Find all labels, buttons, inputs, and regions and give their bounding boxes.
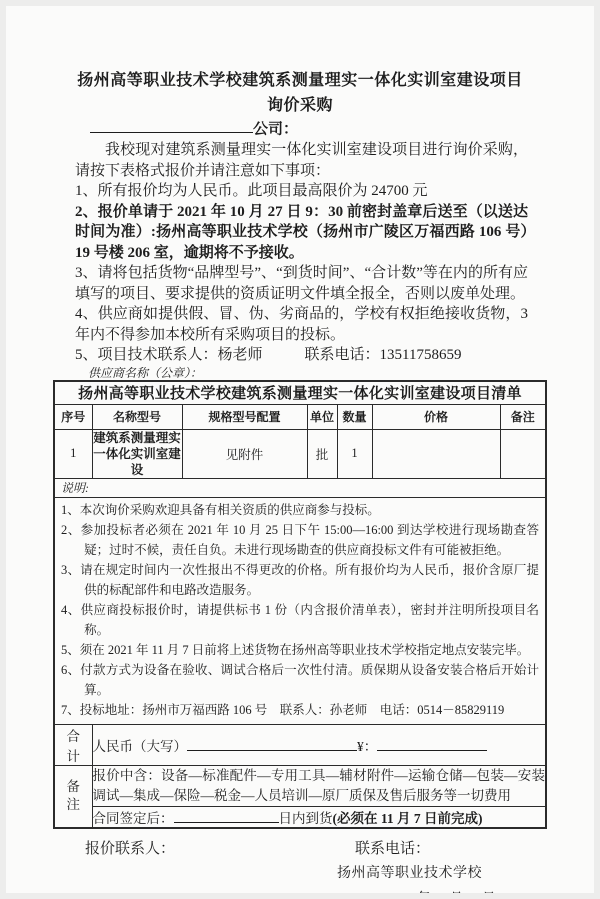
- issuer-org: 扬州高等职业技术学校: [337, 862, 594, 882]
- term-item-5: 5、项目技术联系人：杨老师联系电话：13511758659: [75, 345, 528, 366]
- col-header-spec: 规格型号配置: [182, 404, 307, 429]
- quote-contact-label: 报价联系人：: [85, 837, 175, 858]
- tech-phone: 联系电话：13511758659: [305, 347, 462, 363]
- doc-title: 扬州高等职业技术学校建筑系测量理实一体化实训室建设项目 询价采购: [6, 6, 594, 118]
- notes-cell: 1、本次询价采购欢迎具备有相关资质的供应商参与投标。 2、参加投标者必须在 20…: [54, 497, 546, 724]
- company-blank-line: [90, 118, 253, 133]
- table-header-row: 序号 名称型号 规格型号配置 单位 数量 价格 备注: [54, 404, 546, 429]
- explanation-label-row: 说明:: [54, 478, 546, 497]
- col-header-name: 名称型号: [92, 404, 182, 429]
- col-header-note: 备注: [500, 404, 546, 429]
- col-header-qty: 数量: [337, 404, 372, 429]
- company-line: 公司：: [75, 118, 528, 139]
- remark-included-costs: 报价中含：设备—标准配件—专用工具—辅材附件—运输仓储—包装—安装调试—集成—保…: [92, 765, 546, 806]
- total-label: 合 计: [54, 724, 92, 765]
- table-title-row: 扬州高等职业技术学校建筑系测量理实一体化实训室建设项目清单: [54, 381, 546, 405]
- cell-note: [500, 429, 546, 478]
- delivery-label: 日内到货: [279, 811, 333, 826]
- explanation-label: 说明:: [54, 478, 546, 497]
- remark-label: 备 注: [54, 765, 92, 828]
- cell-seq: 1: [54, 429, 92, 478]
- yuan-symbol-label: ¥：: [357, 739, 377, 754]
- note-item-7: 7、投标地址：扬州市万福西路 106 号 联系人：孙老师 电话：0514－858…: [61, 700, 539, 720]
- phone-label: 联系电话：: [355, 837, 430, 858]
- cell-spec: 见附件: [182, 429, 307, 478]
- table-title: 扬州高等职业技术学校建筑系测量理实一体化实训室建设项目清单: [54, 381, 546, 405]
- quotation-table: 扬州高等职业技术学校建筑系测量理实一体化实训室建设项目清单 序号 名称型号 规格…: [53, 380, 547, 829]
- document-page: 扬州高等职业技术学校建筑系测量理实一体化实训室建设项目 询价采购 公司： 我校现…: [6, 6, 594, 893]
- table-row: 1 建筑系测量理实一体化实训室建设 见附件 批 1: [54, 429, 546, 478]
- amount-words-blank: [187, 737, 357, 751]
- col-header-unit: 单位: [307, 404, 337, 429]
- term-item-4: 4、供应商如提供假、冒、伪、劣商品的，学校有权拒绝接收货物，3 年内不得参加本校…: [75, 304, 528, 345]
- intro-paragraph: 我校现对建筑系测量理实一体化实训室建设项目进行询价采购，请按下表格式报价并请注意…: [75, 140, 528, 181]
- delivery-days-blank: [174, 809, 279, 823]
- delivery-deadline-line: 合同签定后：日内到货(必须在 11 月 7 日前完成): [92, 806, 546, 828]
- cell-unit: 批: [307, 429, 337, 478]
- cell-qty: 1: [337, 429, 372, 478]
- deadline-bold-note: (必须在 11 月 7 日前完成): [333, 811, 483, 826]
- note-item-1: 1、本次询价采购欢迎具备有相关资质的供应商参与投标。: [61, 500, 539, 520]
- currency-words-label: 人民币（大写）: [93, 739, 188, 754]
- remark-row-2: 合同签定后：日内到货(必须在 11 月 7 日前完成): [54, 806, 546, 828]
- scan-frame: 扬州高等职业技术学校建筑系测量理实一体化实训室建设项目 询价采购 公司： 我校现…: [0, 0, 600, 899]
- col-header-seq: 序号: [54, 404, 92, 429]
- footer-contacts: 报价联系人： 联系电话：: [6, 837, 594, 855]
- remark-row-1: 备 注 报价中含：设备—标准配件—专用工具—辅材附件—运输仓储—包装—安装调试—…: [54, 765, 546, 806]
- notes-row: 1、本次询价采购欢迎具备有相关资质的供应商参与投标。 2、参加投标者必须在 20…: [54, 497, 546, 724]
- term-item-2: 2、报价单请于 2021 年 10 月 27 日 9：30 前密封盖章后送至（以…: [75, 202, 528, 264]
- total-content: 人民币（大写）¥：: [92, 724, 546, 765]
- col-header-price: 价格: [372, 404, 500, 429]
- tech-contact: 5、项目技术联系人：杨老师: [75, 347, 263, 363]
- doc-title-line2: 询价采购: [6, 93, 594, 118]
- term-item-1: 1、所有报价均为人民币。此项目最高限价为 24700 元: [75, 181, 528, 202]
- company-suffix: 公司：: [253, 121, 298, 137]
- cell-price: [372, 429, 500, 478]
- note-item-4: 4、供应商投标报价时，请提供标书 1 份（内含报价清单表），密封并注明所投项目名…: [61, 600, 539, 640]
- amount-figures-blank: [377, 737, 487, 751]
- supplier-seal-label: 供应商名称（公章）：: [88, 366, 594, 380]
- note-item-5: 5、须在 2021 年 11 月 7 日前将上述货物在扬州高等职业技术学校指定地…: [61, 640, 539, 660]
- issue-date: 2021 年 10 月 21 日: [388, 887, 594, 894]
- note-item-3: 3、请在规定时间内一次性报出不得更改的价格。所有报价均为人民币，报价含原厂提供的…: [61, 560, 539, 600]
- note-item-2: 2、参加投标者必须在 2021 年 10 月 25 日下午 15:00—16:0…: [61, 520, 539, 560]
- doc-title-line1: 扬州高等职业技术学校建筑系测量理实一体化实训室建设项目: [6, 68, 594, 93]
- total-row: 合 计 人民币（大写）¥：: [54, 724, 546, 765]
- cell-name: 建筑系测量理实一体化实训室建设: [92, 429, 182, 478]
- term-item-3: 3、请将包括货物“品牌型号”、“到货时间”、“合计数”等在内的所有应填写的项目、…: [75, 263, 528, 304]
- note-item-6: 6、付款方式为设备在验收、调试合格后一次性付清。质保期从设备安装合格后开始计算。: [61, 660, 539, 700]
- contract-signed-label: 合同签定后：: [93, 811, 174, 826]
